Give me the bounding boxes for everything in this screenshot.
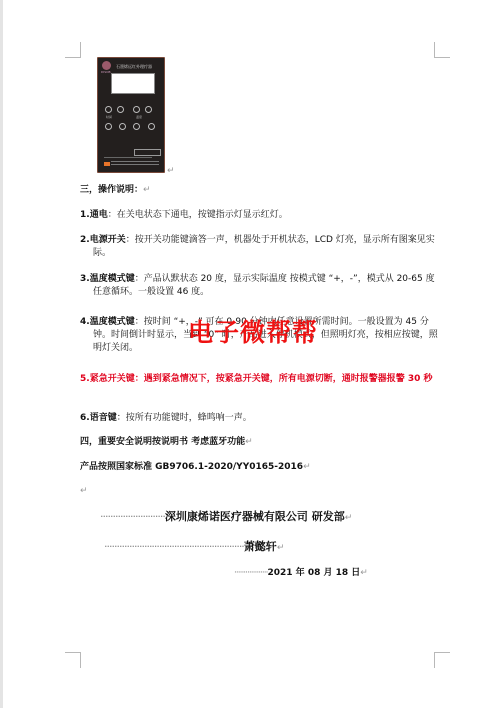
standard-line: 产品按照国家标准 GB9706.1-2020/YY0165-2016↵ [80,461,311,474]
brand-logo-icon [102,61,111,70]
panel-label-time: 时间 [106,115,112,119]
empty-paragraph: ↵ [80,485,88,498]
play-button-icon [105,123,112,130]
corner-mark-bottom-left [65,652,81,668]
signature-person: ········································… [104,538,284,554]
power-button-icon [148,123,155,130]
time-minus-button-icon [117,106,124,113]
page-left-edge [0,0,3,708]
section4-heading: 四，重要安全说明按说明书 考虑蓝牙功能↵ [80,436,253,449]
temp-minus-button-icon [145,106,152,113]
corner-mark-top-right [434,42,450,58]
panel-label-temp: 温度 [136,115,142,119]
temp-plus-button-icon [133,106,140,113]
item-4: 4.温度模式键：按时间 “+，-” 可在 0-90 分钟内任意设置所需时间。一般… [80,316,443,355]
panel-brand: DISOB [101,70,111,74]
item-2: 2.电源开关：按开关功能键滴答一声，机器处于开机状态，LCD 灯亮，显示所有图案… [80,234,443,260]
light-button-icon [133,123,140,130]
control-panel-image: DISOB 石墨烯远红外理疗器 时间 温度 [97,57,165,173]
signature-company: ··························深圳康烯诺医疗器械有限公司 … [100,508,352,524]
section3-heading: 三，操作说明：↵ [80,184,151,197]
item-5-emergency: 5.紧急开关键：遇到紧急情况下，按紧急开关键，所有电源切断，通时报警器报警 30… [80,373,443,386]
panel-title: 石墨烯远红外理疗器 [116,64,152,70]
panel-icon-strip [134,149,161,156]
lcd-screen [111,73,155,94]
item-6: 6.语音键：按所有功能键时，蜂鸣响一声。 [80,412,252,425]
warning-label [104,162,110,166]
time-plus-button-icon [105,106,112,113]
mode-button-icon [119,123,126,130]
item-3: 3.温度模式键：产品认默状态 20 度，显示实际温度 按模式键 “+，-”，模式… [80,273,443,299]
signature-date: ··················2021 年 08 月 18 日↵ [234,565,368,578]
paragraph-mark: ↵ [167,166,175,176]
item-1: 1.通电：在关电状态下通电，按键指示灯显示红灯。 [80,209,288,222]
corner-mark-bottom-right [434,652,450,668]
panel-fine-print [111,161,159,162]
corner-mark-top-left [65,42,81,58]
